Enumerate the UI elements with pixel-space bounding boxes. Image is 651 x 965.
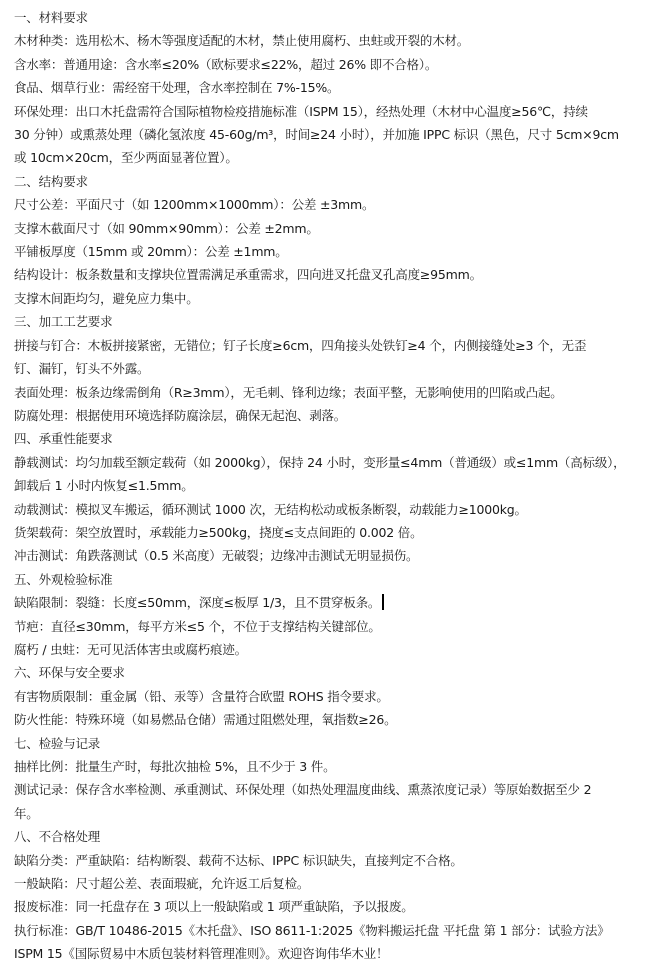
paragraph-line: 支撑木间距均匀，避免应力集中。 [14,287,645,310]
line-text: 环保处理：出口木托盘需符合国际植物检疫措施标准（ISPM 15），经热处理（木材… [14,104,588,119]
section-heading: 一、材料要求 [14,6,645,29]
paragraph-line: 钉、漏钉，钉头不外露。 [14,357,645,380]
line-text: 八、不合格处理 [14,829,100,844]
line-text: 或 10cm×20cm，至少两面显著位置）。 [14,150,238,165]
line-text: 一、材料要求 [14,10,88,25]
line-text: 五、外观检验标准 [14,572,112,587]
text-cursor-icon [382,594,384,610]
paragraph-line: 支撑木截面尺寸（如 90mm×90mm）：公差 ±2mm。 [14,217,645,240]
line-text: 测试记录：保存含水率检测、承重测试、环保处理（如热处理温度曲线、熏蒸浓度记录）等… [14,782,591,797]
line-text: 尺寸公差：平面尺寸（如 1200mm×1000mm）：公差 ±3mm。 [14,197,374,212]
line-text: 30 分钟）或熏蒸处理（磷化氢浓度 45-60g/m³，时间≥24 小时），并加… [14,127,619,142]
section-heading: 二、结构要求 [14,170,645,193]
paragraph-line: 节疤：直径≤30mm，每平方米≤5 个，不位于支撑结构关键部位。 [14,615,645,638]
paragraph-line: 或 10cm×20cm，至少两面显著位置）。 [14,146,645,169]
line-text: 腐朽 / 虫蛀：无可见活体害虫或腐朽痕迹。 [14,642,247,657]
section-heading: 六、环保与安全要求 [14,661,645,684]
paragraph-line: 30 分钟）或熏蒸处理（磷化氢浓度 45-60g/m³，时间≥24 小时），并加… [14,123,645,146]
line-text: 静载测试：均匀加载至额定载荷（如 2000kg），保持 24 小时，变形量≤4m… [14,455,625,470]
line-text: 钉、漏钉，钉头不外露。 [14,361,149,376]
paragraph-line: 报废标准：同一托盘存在 3 项以上一般缺陷或 1 项严重缺陷，予以报废。 [14,895,645,918]
paragraph-line: 防腐处理：根据使用环境选择防腐涂层，确保无起泡、剥落。 [14,404,645,427]
paragraph-line: 动载测试：模拟叉车搬运，循环测试 1000 次，无结构松动或板条断裂，动载能力≥… [14,498,645,521]
paragraph-line: 年。 [14,802,645,825]
paragraph-line: 表面处理：板条边缘需倒角（R≥3mm），无毛刺、锋利边缘；表面平整，无影响使用的… [14,381,645,404]
line-text: 抽样比例：批量生产时，每批次抽检 5%，且不少于 3 件。 [14,759,335,774]
line-text: 表面处理：板条边缘需倒角（R≥3mm），无毛刺、锋利边缘；表面平整，无影响使用的… [14,385,563,400]
line-text: 结构设计：板条数量和支撑块位置需满足承重需求，四向进叉托盘叉孔高度≥95mm。 [14,267,482,282]
section-heading: 七、检验与记录 [14,732,645,755]
paragraph-line: ISPM 15《国际贸易中木质包装材料管理准则》。欢迎咨询伟华木业！ [14,942,645,965]
paragraph-line: 测试记录：保存含水率检测、承重测试、环保处理（如热处理温度曲线、熏蒸浓度记录）等… [14,778,645,801]
paragraph-line: 缺陷限制：裂缝：长度≤50mm，深度≤板厚 1/3，且不贯穿板条。 [14,591,645,614]
line-text: 执行标准：GB/T 10486-2015《木托盘》、ISO 8611-1:202… [14,923,610,938]
paragraph-line: 尺寸公差：平面尺寸（如 1200mm×1000mm）：公差 ±3mm。 [14,193,645,216]
line-text: 四、承重性能要求 [14,431,112,446]
line-text: 卸载后 1 小时内恢复≤1.5mm。 [14,478,194,493]
line-text: 六、环保与安全要求 [14,665,125,680]
paragraph-line: 卸载后 1 小时内恢复≤1.5mm。 [14,474,645,497]
line-text: 食品、烟草行业：需经窑干处理，含水率控制在 7%-15%。 [14,80,339,95]
paragraph-line: 防火性能：特殊环境（如易燃品仓储）需通过阻燃处理，氧指数≥26。 [14,708,645,731]
paragraph-line: 货架载荷：架空放置时，承载能力≥500kg，挠度≤支点间距的 0.002 倍。 [14,521,645,544]
paragraph-line: 结构设计：板条数量和支撑块位置需满足承重需求，四向进叉托盘叉孔高度≥95mm。 [14,263,645,286]
section-heading: 三、加工工艺要求 [14,310,645,333]
line-text: 动载测试：模拟叉车搬运，循环测试 1000 次，无结构松动或板条断裂，动载能力≥… [14,502,527,517]
line-text: 缺陷限制：裂缝：长度≤50mm，深度≤板厚 1/3，且不贯穿板条。 [14,595,380,610]
line-text: 七、检验与记录 [14,736,100,751]
paragraph-line: 冲击测试：角跌落测试（0.5 米高度）无破裂；边缘冲击测试无明显损伤。 [14,544,645,567]
line-text: 年。 [14,806,39,821]
line-text: 拼接与钉合：木板拼接紧密，无错位；钉子长度≥6cm，四角接头处铁钉≥4 个，内侧… [14,338,586,353]
paragraph-line: 木材种类：选用松木、杨木等强度适配的木材，禁止使用腐朽、虫蛀或开裂的木材。 [14,29,645,52]
line-text: 有害物质限制：重金属（铅、汞等）含量符合欧盟 ROHS 指令要求。 [14,689,389,704]
section-heading: 四、承重性能要求 [14,427,645,450]
line-text: 节疤：直径≤30mm，每平方米≤5 个，不位于支撑结构关键部位。 [14,619,381,634]
paragraph-line: 平铺板厚度（15mm 或 20mm）：公差 ±1mm。 [14,240,645,263]
document-body[interactable]: 一、材料要求木材种类：选用松木、杨木等强度适配的木材，禁止使用腐朽、虫蛀或开裂的… [14,6,645,965]
paragraph-line: 有害物质限制：重金属（铅、汞等）含量符合欧盟 ROHS 指令要求。 [14,685,645,708]
line-text: 防腐处理：根据使用环境选择防腐涂层，确保无起泡、剥落。 [14,408,346,423]
section-heading: 八、不合格处理 [14,825,645,848]
paragraph-line: 执行标准：GB/T 10486-2015《木托盘》、ISO 8611-1:202… [14,919,645,942]
paragraph-line: 抽样比例：批量生产时，每批次抽检 5%，且不少于 3 件。 [14,755,645,778]
line-text: 一般缺陷：尺寸超公差、表面瑕疵，允许返工后复检。 [14,876,309,891]
paragraph-line: 含水率：普通用途：含水率≤20%（欧标要求≤22%，超过 26% 即不合格）。 [14,53,645,76]
paragraph-line: 腐朽 / 虫蛀：无可见活体害虫或腐朽痕迹。 [14,638,645,661]
paragraph-line: 拼接与钉合：木板拼接紧密，无错位；钉子长度≥6cm，四角接头处铁钉≥4 个，内侧… [14,334,645,357]
line-text: 支撑木截面尺寸（如 90mm×90mm）：公差 ±2mm。 [14,221,319,236]
line-text: 冲击测试：角跌落测试（0.5 米高度）无破裂；边缘冲击测试无明显损伤。 [14,548,418,563]
line-text: ISPM 15《国际贸易中木质包装材料管理准则》。欢迎咨询伟华木业！ [14,946,388,961]
line-text: 缺陷分类：严重缺陷：结构断裂、载荷不达标、IPPC 标识缺失，直接判定不合格。 [14,853,463,868]
line-text: 二、结构要求 [14,174,88,189]
paragraph-line: 一般缺陷：尺寸超公差、表面瑕疵，允许返工后复检。 [14,872,645,895]
line-text: 三、加工工艺要求 [14,314,112,329]
paragraph-line: 缺陷分类：严重缺陷：结构断裂、载荷不达标、IPPC 标识缺失，直接判定不合格。 [14,849,645,872]
line-text: 货架载荷：架空放置时，承载能力≥500kg，挠度≤支点间距的 0.002 倍。 [14,525,422,540]
paragraph-line: 食品、烟草行业：需经窑干处理，含水率控制在 7%-15%。 [14,76,645,99]
line-text: 支撑木间距均匀，避免应力集中。 [14,291,199,306]
line-text: 木材种类：选用松木、杨木等强度适配的木材，禁止使用腐朽、虫蛀或开裂的木材。 [14,33,469,48]
paragraph-line: 静载测试：均匀加载至额定载荷（如 2000kg），保持 24 小时，变形量≤4m… [14,451,645,474]
line-text: 防火性能：特殊环境（如易燃品仓储）需通过阻燃处理，氧指数≥26。 [14,712,396,727]
section-heading: 五、外观检验标准 [14,568,645,591]
line-text: 含水率：普通用途：含水率≤20%（欧标要求≤22%，超过 26% 即不合格）。 [14,57,437,72]
line-text: 平铺板厚度（15mm 或 20mm）：公差 ±1mm。 [14,244,288,259]
paragraph-line: 环保处理：出口木托盘需符合国际植物检疫措施标准（ISPM 15），经热处理（木材… [14,100,645,123]
line-text: 报废标准：同一托盘存在 3 项以上一般缺陷或 1 项严重缺陷，予以报废。 [14,899,414,914]
